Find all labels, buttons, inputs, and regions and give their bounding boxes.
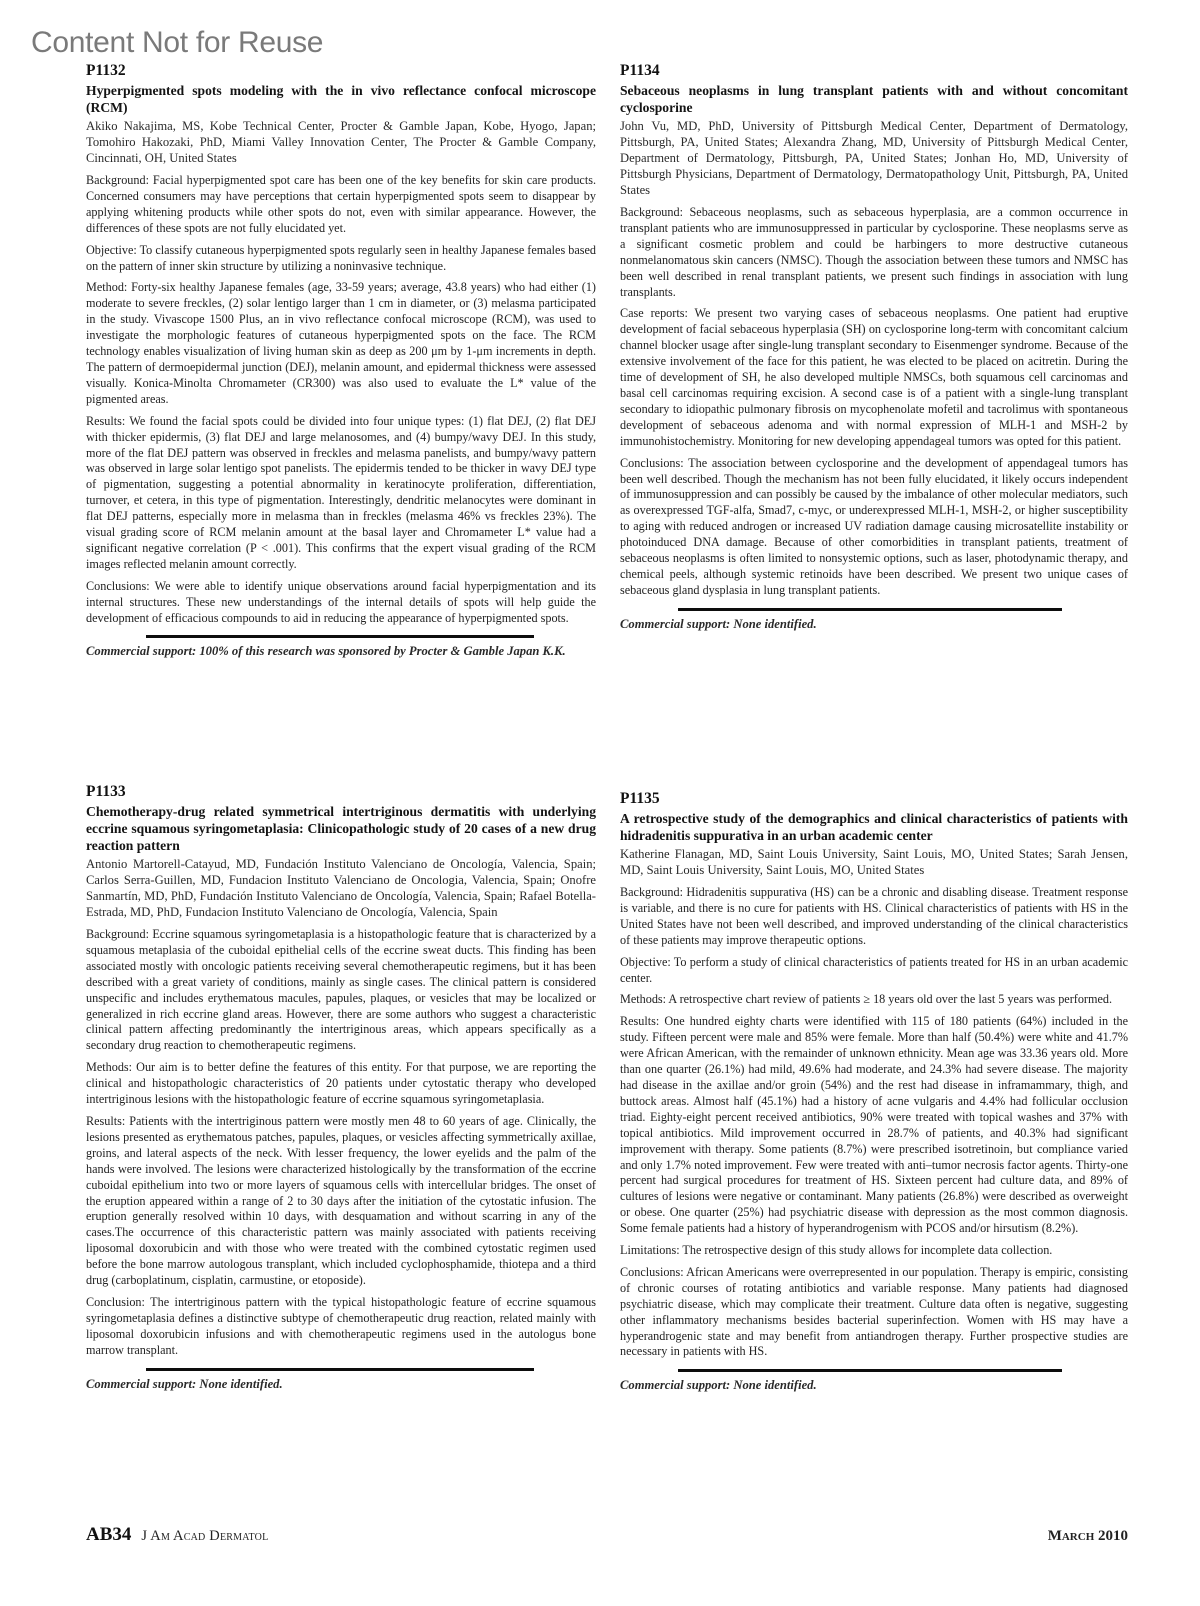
abstract-results: Results: Patients with the intertriginou… <box>86 1114 596 1289</box>
divider-rule <box>678 608 1062 611</box>
abstract-background: Background: Eccrine squamous syringometa… <box>86 927 596 1054</box>
abstract-case-reports: Case reports: We present two varying cas… <box>620 306 1128 449</box>
abstract-authors: John Vu, MD, PhD, University of Pittsbur… <box>620 118 1128 198</box>
abstract-conclusions: Conclusions: African Americans were over… <box>620 1265 1128 1360</box>
abstract-results: Results: We found the facial spots could… <box>86 414 596 573</box>
divider-rule <box>146 635 534 638</box>
abstract-methods: Methods: Our aim is to better define the… <box>86 1060 596 1108</box>
abstract-title: Sebaceous neoplasms in lung transplant p… <box>620 82 1128 116</box>
journal-name: J Am Acad Dermatol <box>141 1528 268 1545</box>
abstract-authors: Antonio Martorell-Catayud, MD, Fundación… <box>86 856 596 920</box>
abstract-conclusions: Conclusions: We were able to identify un… <box>86 579 596 627</box>
abstract-background: Background: Facial hyperpigmented spot c… <box>86 173 596 237</box>
abstract-results: Results: One hundred eighty charts were … <box>620 1014 1128 1237</box>
abstract-limitations: Limitations: The retrospective design of… <box>620 1243 1128 1259</box>
divider-rule <box>678 1369 1062 1372</box>
issue-date: March 2010 <box>1048 1528 1128 1545</box>
abstract-id: P1135 <box>620 790 1128 808</box>
abstract-p1134: P1134 Sebaceous neoplasms in lung transp… <box>620 62 1128 632</box>
abstract-id: P1133 <box>86 783 596 801</box>
abstract-id: P1134 <box>620 62 1128 80</box>
abstract-method: Method: Forty-six healthy Japanese femal… <box>86 280 596 407</box>
abstract-background: Background: Hidradenitis suppurativa (HS… <box>620 885 1128 949</box>
commercial-support: Commercial support: None identified. <box>86 1377 596 1392</box>
abstract-authors: Katherine Flanagan, MD, Saint Louis Univ… <box>620 846 1128 878</box>
abstract-objective: Objective: To classify cutaneous hyperpi… <box>86 243 596 275</box>
watermark: Content Not for Reuse <box>31 28 323 58</box>
abstract-id: P1132 <box>86 62 596 80</box>
abstract-p1135: P1135 A retrospective study of the demog… <box>620 790 1128 1393</box>
abstract-title: A retrospective study of the demographic… <box>620 810 1128 844</box>
abstract-conclusions: Conclusions: The association between cyc… <box>620 456 1128 599</box>
commercial-support: Commercial support: None identified. <box>620 617 1128 632</box>
page-number: AB34 <box>86 1524 131 1546</box>
abstract-background: Background: Sebaceous neoplasms, such as… <box>620 205 1128 300</box>
abstract-conclusion: Conclusion: The intertriginous pattern w… <box>86 1295 596 1359</box>
abstract-p1132: P1132 Hyperpigmented spots modeling with… <box>86 62 596 659</box>
commercial-support: Commercial support: None identified. <box>620 1378 1128 1393</box>
abstract-p1133: P1133 Chemotherapy-drug related symmetri… <box>86 783 596 1392</box>
abstract-title: Chemotherapy-drug related symmetrical in… <box>86 803 596 854</box>
page-footer: AB34 J Am Acad Dermatol <box>86 1524 268 1546</box>
abstract-authors: Akiko Nakajima, MS, Kobe Technical Cente… <box>86 118 596 166</box>
commercial-support: Commercial support: 100% of this researc… <box>86 644 596 659</box>
abstract-methods: Methods: A retrospective chart review of… <box>620 992 1128 1008</box>
abstract-title: Hyperpigmented spots modeling with the i… <box>86 82 596 116</box>
divider-rule <box>146 1368 534 1371</box>
abstract-objective: Objective: To perform a study of clinica… <box>620 955 1128 987</box>
